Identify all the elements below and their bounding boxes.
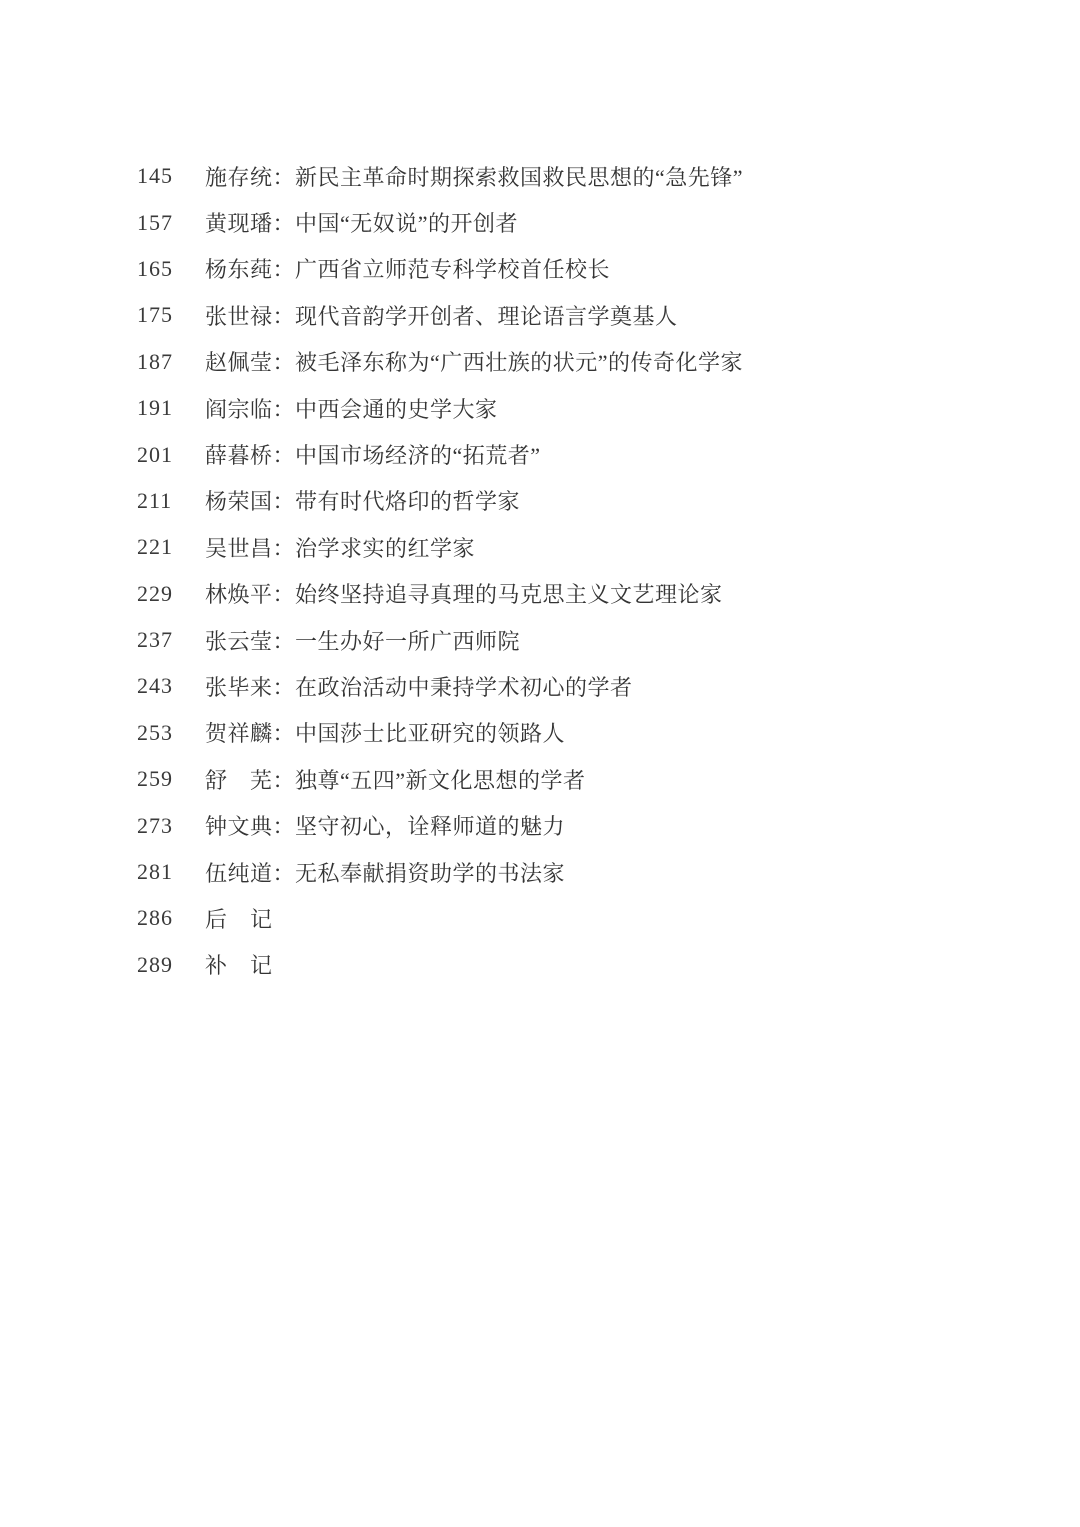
toc-row: 229林焕平：始终坚持追寻真理的马克思主义文艺理论家	[0, 571, 1080, 617]
toc-row: 237张云莹：一生办好一所广西师院	[0, 617, 1080, 663]
toc-row: 201薛暮桥：中国市场经济的“拓荒者”	[0, 431, 1080, 477]
toc-row: 211杨荣国：带有时代烙印的哲学家	[0, 478, 1080, 524]
toc-page-number: 286	[137, 905, 205, 931]
toc-row: 187赵佩莹：被毛泽东称为“广西壮族的状元”的传奇化学家	[0, 339, 1080, 385]
toc-entry-text: 杨东莼：广西省立师范专科学校首任校长	[205, 253, 610, 284]
toc-row: 191阎宗临：中西会通的史学大家	[0, 385, 1080, 431]
toc-page-number: 221	[137, 534, 205, 560]
toc-page-number: 201	[137, 442, 205, 468]
toc-entry-text: 薛暮桥：中国市场经济的“拓荒者”	[205, 439, 541, 470]
toc-row: 259舒 芜：独尊“五四”新文化思想的学者	[0, 756, 1080, 802]
toc-page-number: 211	[137, 488, 205, 514]
toc-page-number: 191	[137, 395, 205, 421]
toc-entry-text: 伍纯道：无私奉献捐资助学的书法家	[205, 857, 565, 888]
toc-row: 243张毕来：在政治活动中秉持学术初心的学者	[0, 663, 1080, 709]
toc-entry-text: 施存统：新民主革命时期探索救国救民思想的“急先锋”	[205, 161, 743, 192]
toc-entry-text: 张云莹：一生办好一所广西师院	[205, 625, 520, 656]
toc-page-number: 165	[137, 256, 205, 282]
toc-row: 273钟文典：坚守初心，诠释师道的魅力	[0, 802, 1080, 848]
toc-entry-text: 贺祥麟：中国莎士比亚研究的领路人	[205, 717, 565, 748]
toc-page-number: 259	[137, 766, 205, 792]
toc-entry-text: 补 记	[205, 949, 273, 980]
toc-entry-text: 张世禄：现代音韵学开创者、理论语言学奠基人	[205, 300, 678, 331]
toc-entry-text: 舒 芜：独尊“五四”新文化思想的学者	[205, 764, 586, 795]
toc-entry-text: 阎宗临：中西会通的史学大家	[205, 393, 498, 424]
toc-entry-text: 林焕平：始终坚持追寻真理的马克思主义文艺理论家	[205, 578, 723, 609]
toc-page-number: 289	[137, 952, 205, 978]
toc-entry-text: 吴世昌：治学求实的红学家	[205, 532, 475, 563]
toc-row: 281伍纯道：无私奉献捐资助学的书法家	[0, 849, 1080, 895]
toc-entry-text: 后 记	[205, 903, 273, 934]
toc-page-number: 187	[137, 349, 205, 375]
toc-entry-text: 赵佩莹：被毛泽东称为“广西壮族的状元”的传奇化学家	[205, 346, 743, 377]
toc-entry-text: 杨荣国：带有时代烙印的哲学家	[205, 485, 520, 516]
toc-entry-text: 黄现璠：中国“无奴说”的开创者	[205, 207, 518, 238]
toc-page-number: 273	[137, 813, 205, 839]
toc-page-number: 157	[137, 210, 205, 236]
toc-row: 175张世禄：现代音韵学开创者、理论语言学奠基人	[0, 292, 1080, 338]
toc-entry-text: 张毕来：在政治活动中秉持学术初心的学者	[205, 671, 633, 702]
toc-row: 289补 记	[0, 942, 1080, 988]
book-toc-page: 145施存统：新民主革命时期探索救国救民思想的“急先锋”157黄现璠：中国“无奴…	[0, 0, 1080, 1527]
toc-page-number: 175	[137, 302, 205, 328]
toc-page-number: 145	[137, 163, 205, 189]
toc-page-number: 229	[137, 581, 205, 607]
toc-page-number: 243	[137, 673, 205, 699]
toc-page-number: 237	[137, 627, 205, 653]
toc-page-number: 281	[137, 859, 205, 885]
toc-page-number: 253	[137, 720, 205, 746]
toc-row: 221吴世昌：治学求实的红学家	[0, 524, 1080, 570]
toc-row: 145施存统：新民主革命时期探索救国救民思想的“急先锋”	[0, 153, 1080, 199]
toc-row: 165杨东莼：广西省立师范专科学校首任校长	[0, 246, 1080, 292]
toc-row: 286后 记	[0, 895, 1080, 941]
toc-entry-text: 钟文典：坚守初心，诠释师道的魅力	[205, 810, 565, 841]
toc-list: 145施存统：新民主革命时期探索救国救民思想的“急先锋”157黄现璠：中国“无奴…	[0, 153, 1080, 988]
toc-row: 157黄现璠：中国“无奴说”的开创者	[0, 199, 1080, 245]
toc-row: 253贺祥麟：中国莎士比亚研究的领路人	[0, 710, 1080, 756]
